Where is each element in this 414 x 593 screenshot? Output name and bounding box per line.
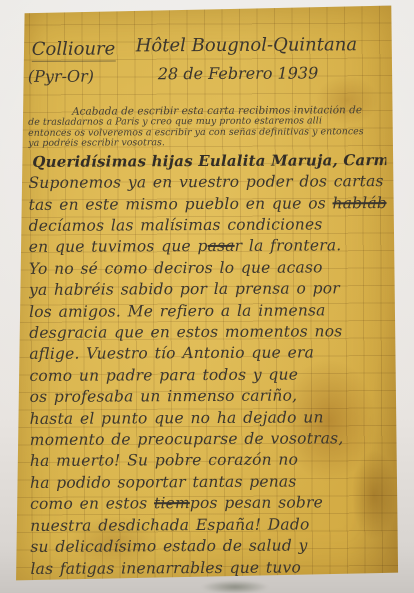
letter-content: Collioure Hôtel Bougnol-Quintana (Pyr-Or… bbox=[11, 5, 398, 581]
letter-photograph: Collioure Hôtel Bougnol-Quintana (Pyr-Or… bbox=[0, 0, 414, 593]
letter-line: momento de preocuparse de vosotras, bbox=[30, 428, 388, 451]
struck-word: asa bbox=[208, 237, 235, 255]
letter-line: tas en este mismo pueblo en que os hablá… bbox=[28, 193, 386, 216]
letter-line: Yo no sé como deciros lo que acaso bbox=[29, 257, 387, 280]
struck-word: tiem bbox=[154, 494, 190, 512]
letter-line: decíamos las malísimas condiciones bbox=[29, 214, 387, 237]
letter-line: Suponemos ya en vuestro poder dos cartas… bbox=[28, 171, 386, 194]
letter-line: nuestra desdichada España! Dado bbox=[30, 514, 388, 537]
letter-line: como un padre para todos y que bbox=[29, 364, 387, 387]
letter-line: aflige. Vuestro tío Antonio que era bbox=[29, 342, 387, 365]
letter-line: como en estos tiempos pesan sobre bbox=[30, 492, 388, 515]
letter-line: las fatigas inenarrables que tuvo bbox=[30, 557, 388, 580]
letter-line: hasta el punto que no ha dejado un bbox=[30, 407, 388, 430]
letter-line: desgracia que en estos momentos nos bbox=[29, 321, 387, 344]
letter-date: 28 de Febrero 1939 bbox=[158, 63, 318, 83]
letter-line: ya habréis sabido por la prensa o por bbox=[29, 278, 387, 301]
postscript-line: ya podréis escribir vosotras. bbox=[28, 137, 386, 150]
struck-word: hablábamos bbox=[332, 193, 386, 212]
postscript-note: Acabada de escribir esta carta recibimos… bbox=[28, 105, 386, 150]
letter-line: ha podido soportar tantas penas bbox=[30, 471, 388, 494]
letter-line: en que tuvimos que pasar la frontera. bbox=[29, 235, 387, 258]
letter-header: Collioure Hôtel Bougnol-Quintana (Pyr-Or… bbox=[28, 29, 386, 107]
letter-line: ha muerto! Su pobre corazón no bbox=[30, 450, 388, 473]
letter-paper: Collioure Hôtel Bougnol-Quintana (Pyr-Or… bbox=[11, 5, 398, 581]
letter-line: su delicadísimo estado de salud y bbox=[30, 535, 388, 558]
letter-body: Suponemos ya en vuestro poder dos cartas… bbox=[28, 171, 388, 580]
letter-line: los amigos. Me refiero a la inmensa bbox=[29, 300, 387, 323]
region-name: (Pyr-Or) bbox=[28, 67, 94, 86]
background-shadow-smudge bbox=[190, 578, 280, 593]
place-name: Collioure bbox=[32, 38, 116, 61]
salutation: Queridísimas hijas Eulalita Maruja, Carm… bbox=[32, 151, 386, 171]
hotel-name: Hôtel Bougnol-Quintana bbox=[136, 34, 357, 56]
letter-line: os profesaba un inmenso cariño, bbox=[29, 385, 387, 408]
